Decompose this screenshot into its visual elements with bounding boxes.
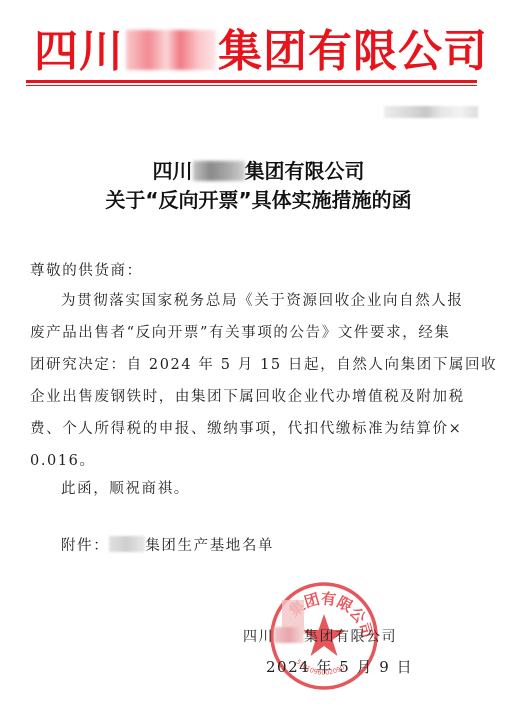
redacted-document-number (384, 106, 478, 118)
attachment-title: 集团生产基地名单 (145, 538, 274, 554)
closing-remark: 此函，顺祝商祺。 (61, 473, 517, 505)
body-line: 废产品出售者“反向开票”有关事项的公告》文件要求，经集 (30, 317, 490, 349)
redacted-attachment-name (109, 536, 145, 552)
signature-company: 四川集团有限公司 (243, 626, 397, 646)
signature-company-prefix: 四川 (243, 629, 274, 645)
body-line: 为贯彻落实国家税务总局《关于资源回收企业向自然人报 (30, 285, 490, 317)
attachment-note: 附件：集团生产基地名单 (61, 530, 517, 562)
body-line: 企业出售废钢铁时，由集团下属回收企业代办增值税及附加税 (30, 381, 490, 413)
signature-company-suffix: 集团有限公司 (304, 629, 397, 645)
salutation: 尊敬的供货商： (30, 255, 490, 287)
letterhead-rule-thin (26, 85, 477, 86)
body-line: 费、个人所得税的申报、缴纳事项，代扣代缴标准为结算价× (30, 413, 490, 445)
letterhead-company-suffix: 集团有限公司 (218, 26, 488, 77)
redacted-signature-name (274, 627, 304, 643)
body-line: 团研究决定：自 2024 年 5 月 15 日起，自然人向集团下属回收 (30, 349, 490, 381)
signature-date: 2024 年 5 月 9 日 (266, 656, 413, 677)
title-company-suffix: 集团有限公司 (245, 159, 365, 183)
letterhead-company-prefix: 四川 (34, 26, 124, 77)
document-title-company: 四川集团有限公司 (0, 155, 517, 184)
title-company-prefix: 四川 (153, 159, 193, 183)
letterhead-title: 四川集团有限公司 (34, 26, 474, 78)
attachment-label: 附件： (61, 538, 109, 554)
letterhead-rule-thick (26, 80, 477, 83)
redacted-company-name (126, 30, 216, 70)
redacted-title-name (193, 161, 245, 181)
document-title-subject: 关于“反向开票”具体实施措施的函 (0, 184, 517, 213)
